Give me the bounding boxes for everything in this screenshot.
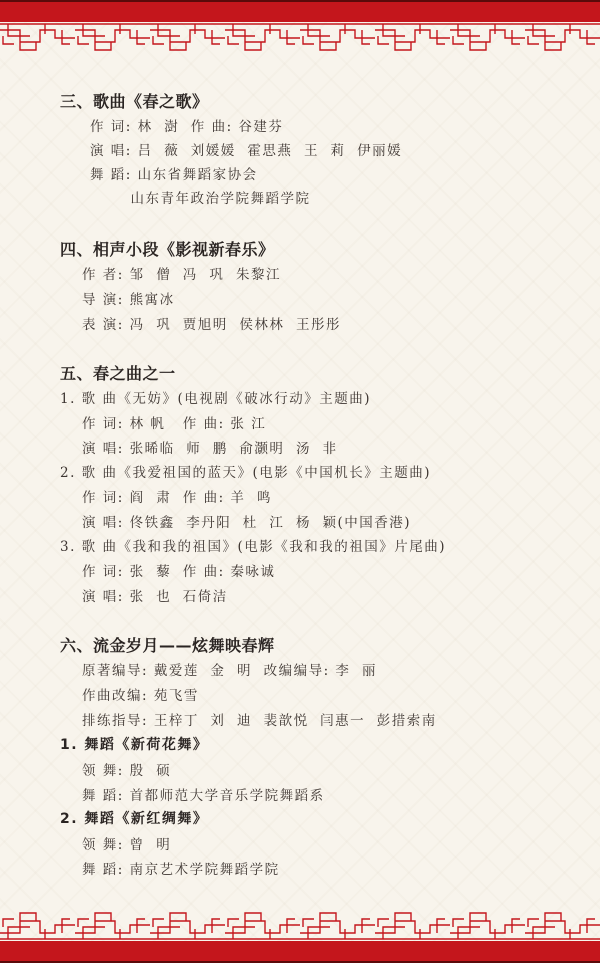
credit-line: 舞 蹈: 山东省舞蹈家协会 [90,163,258,183]
credit-line: 作 词: 阎 肃 作 曲: 羊 鸣 [82,486,272,506]
credit-line: 原著编导: 戴爱莲 金 明 改编编导: 李 丽 [82,659,377,679]
top-decorative-border [0,0,600,60]
credit-line: 领 舞: 曾 明 [82,833,171,853]
top-red-band [0,0,600,22]
credit-line: 演 唱: 佟铁鑫 李丹阳 杜 江 杨 颖(中国香港) [82,511,411,531]
bottom-red-band [0,941,600,963]
section-title: 五、春之曲之一 [60,361,176,384]
credit-line: 作 词: 林 帆 作 曲: 张 江 [82,412,266,432]
credit-line: 表 演: 冯 巩 贾旭明 侯林林 王彤彤 [82,313,341,333]
song-heading: 3. 歌 曲《我和我的祖国》(电影《我和我的祖国》片尾曲) [60,535,446,555]
credit-line: 排练指导: 王梓丁 刘 迪 裴歆悦 闫惠一 彭措索南 [82,709,437,729]
credit-line: 作 词: 张 藜 作 曲: 秦咏诚 [82,560,275,580]
credit-line: 作 词: 林 澍 作 曲: 谷建芬 [90,115,283,135]
credit-line: 领 舞: 殷 硕 [82,759,171,779]
credit-line: 舞 蹈: 首都师范大学音乐学院舞蹈系 [82,784,325,804]
lattice-pattern-icon [0,20,600,60]
dance-heading: 2. 舞蹈《新红绸舞》 [60,808,208,828]
lattice-pattern-icon [0,903,600,943]
section-title: 三、歌曲《春之歌》 [60,89,209,112]
credit-line: 作曲改编: 苑飞雪 [82,684,199,704]
credit-line: 舞 蹈: 南京艺术学院舞蹈学院 [82,858,280,878]
credit-line: 导 演: 熊寓冰 [82,288,175,308]
bottom-decorative-border [0,903,600,963]
credit-line: 山东青年政治学院舞蹈学院 [90,187,311,207]
credit-line: 演 唱: 吕 薇 刘媛媛 霍思燕 王 莉 伊丽媛 [90,139,402,159]
section-title: 六、流金岁月——炫舞映春辉 [60,633,275,656]
credit-line: 演 唱: 张 也 石倚洁 [82,585,228,605]
song-heading: 1. 歌 曲《无妨》(电视剧《破冰行动》主题曲) [60,387,371,407]
song-heading: 2. 歌 曲《我爱祖国的蓝天》(电影《中国机长》主题曲) [60,461,431,481]
credit-line: 演 唱: 张晞临 师 鹏 俞灏明 汤 非 [82,437,338,457]
section-title: 四、相声小段《影视新春乐》 [60,237,275,260]
credit-line: 作 者: 邹 僧 冯 巩 朱黎江 [82,263,281,283]
dance-heading: 1. 舞蹈《新荷花舞》 [60,734,208,754]
